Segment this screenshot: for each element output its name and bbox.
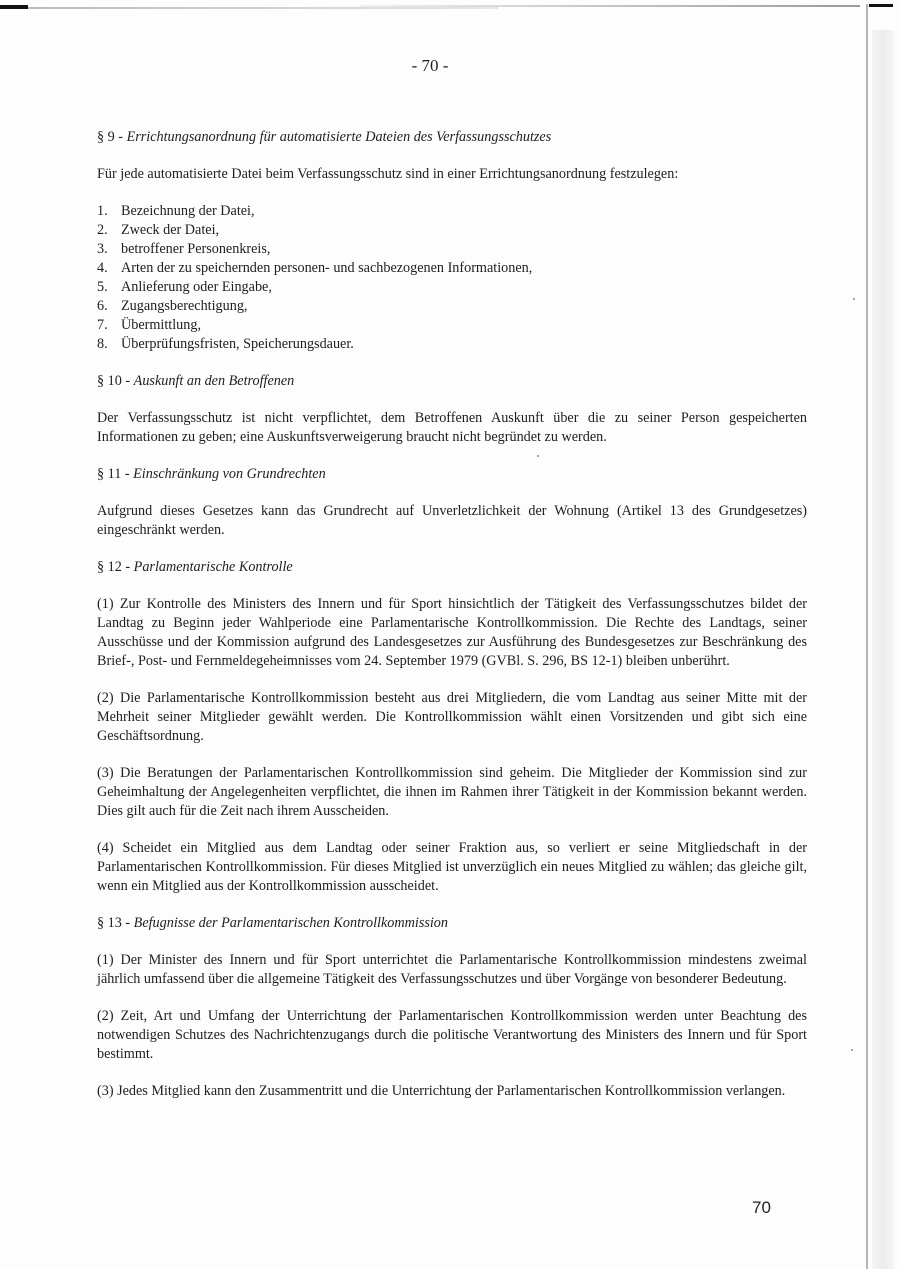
list-item-text: Arten der zu speichernden personen- und … bbox=[121, 259, 532, 278]
scan-edge-line bbox=[28, 7, 498, 9]
list-item: 2.Zweck der Datei, bbox=[97, 221, 807, 240]
section-separator: - bbox=[115, 129, 127, 145]
section-12-paragraph-4: (4) Scheidet ein Mitglied aus dem Landta… bbox=[97, 839, 807, 896]
list-item-number: 8. bbox=[97, 335, 121, 354]
section-11-paragraph: Aufgrund dieses Gesetzes kann das Grundr… bbox=[97, 502, 807, 540]
section-heading-12: § 12 - Parlamentarische Kontrolle bbox=[97, 558, 807, 577]
scan-speck bbox=[851, 1049, 853, 1051]
scan-edge-mark bbox=[0, 5, 28, 9]
list-item: 6.Zugangsberechtigung, bbox=[97, 297, 807, 316]
section-separator: - bbox=[122, 915, 134, 931]
scan-speck bbox=[853, 298, 855, 300]
section-12-paragraph-1: (1) Zur Kontrolle des Ministers des Inne… bbox=[97, 595, 807, 671]
list-item-text: Übermittlung, bbox=[121, 316, 201, 335]
scan-page-strip bbox=[872, 30, 894, 1269]
list-item-text: Zugangsberechtigung, bbox=[121, 297, 247, 316]
list-item: 4.Arten der zu speichernden personen- un… bbox=[97, 259, 807, 278]
list-item-text: Zweck der Datei, bbox=[121, 221, 219, 240]
scan-edge-line bbox=[360, 5, 860, 7]
scan-page-edge bbox=[866, 4, 868, 1269]
section-title: Errichtungsanordnung für automatisierte … bbox=[127, 129, 552, 145]
section-separator: - bbox=[121, 466, 133, 482]
section-heading-9: § 9 - Errichtungsanordnung für automatis… bbox=[97, 128, 807, 147]
section-number: § 12 bbox=[97, 559, 122, 575]
list-item-number: 5. bbox=[97, 278, 121, 297]
section-heading-11: § 11 - Einschränkung von Grundrechten bbox=[97, 465, 807, 484]
section-10-paragraph: Der Verfassungsschutz ist nicht verpflic… bbox=[97, 409, 807, 447]
section-separator: - bbox=[122, 373, 134, 389]
section-title: Einschränkung von Grundrechten bbox=[133, 466, 326, 482]
list-item-number: 7. bbox=[97, 316, 121, 335]
list-item: 8.Überprüfungsfristen, Speicherungsdauer… bbox=[97, 335, 807, 354]
list-item-number: 2. bbox=[97, 221, 121, 240]
section-13-paragraph-2: (2) Zeit, Art und Umfang der Unterrichtu… bbox=[97, 1007, 807, 1064]
section-13-paragraph-3: (3) Jedes Mitglied kann den Zusammentrit… bbox=[97, 1082, 807, 1101]
list-item: 1.Bezeichnung der Datei, bbox=[97, 202, 807, 221]
section-9-intro: Für jede automatisierte Datei beim Verfa… bbox=[97, 165, 807, 184]
list-item-text: Bezeichnung der Datei, bbox=[121, 202, 255, 221]
section-title: Parlamentarische Kontrolle bbox=[134, 559, 293, 575]
page-number: 70 bbox=[752, 1198, 771, 1218]
list-item-number: 1. bbox=[97, 202, 121, 221]
section-title: Auskunft an den Betroffenen bbox=[134, 373, 295, 389]
list-item: 7.Übermittlung, bbox=[97, 316, 807, 335]
list-item-text: Anlieferung oder Eingabe, bbox=[121, 278, 272, 297]
section-12-paragraph-2: (2) Die Parlamentarische Kontrollkommiss… bbox=[97, 689, 807, 746]
section-heading-10: § 10 - Auskunft an den Betroffenen bbox=[97, 372, 807, 391]
section-13-paragraph-1: (1) Der Minister des Innern und für Spor… bbox=[97, 951, 807, 989]
list-item-number: 4. bbox=[97, 259, 121, 278]
page-header-label: - 70 - bbox=[0, 56, 860, 76]
list-item-number: 3. bbox=[97, 240, 121, 259]
section-number: § 9 bbox=[97, 129, 115, 145]
section-heading-13: § 13 - Befugnisse der Parlamentarischen … bbox=[97, 914, 807, 933]
list-item-number: 6. bbox=[97, 297, 121, 316]
section-number: § 11 bbox=[97, 466, 121, 482]
section-separator: - bbox=[122, 559, 134, 575]
list-item: 3.betroffener Personenkreis, bbox=[97, 240, 807, 259]
section-number: § 10 bbox=[97, 373, 122, 389]
section-12-paragraph-3: (3) Die Beratungen der Parlamentarischen… bbox=[97, 764, 807, 821]
list-item-text: betroffener Personenkreis, bbox=[121, 240, 270, 259]
list-item-text: Überprüfungsfristen, Speicherungsdauer. bbox=[121, 335, 354, 354]
scan-edge-mark bbox=[869, 4, 893, 7]
section-number: § 13 bbox=[97, 915, 122, 931]
document-body: § 9 - Errichtungsanordnung für automatis… bbox=[97, 128, 807, 1119]
section-title: Befugnisse der Parlamentarischen Kontrol… bbox=[134, 915, 448, 931]
section-9-list: 1.Bezeichnung der Datei, 2.Zweck der Dat… bbox=[97, 202, 807, 354]
list-item: 5.Anlieferung oder Eingabe, bbox=[97, 278, 807, 297]
